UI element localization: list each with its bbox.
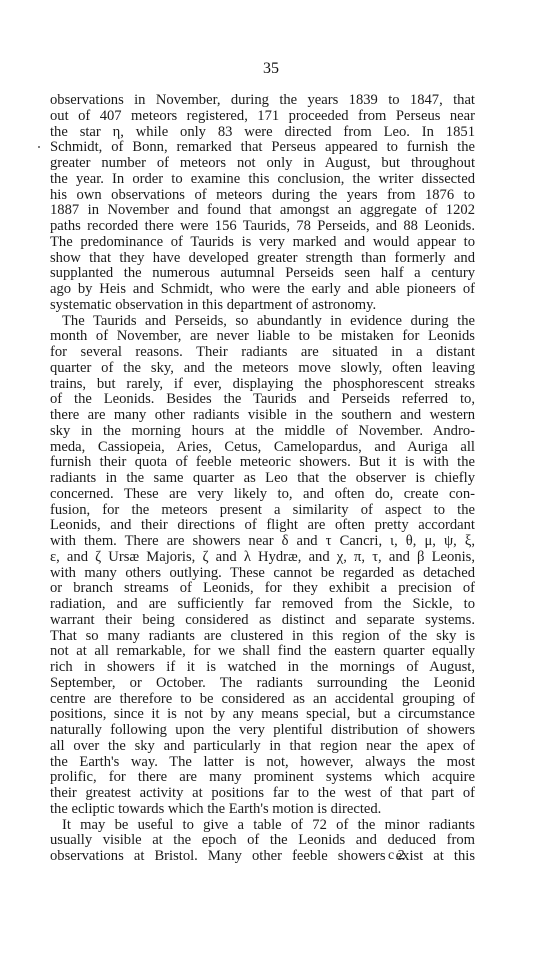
text-line: That so many radiants are clustered in t… — [50, 629, 475, 645]
text-line: their greatest activity at positions far… — [50, 786, 475, 802]
text-line: furnish their quota of feeble meteoric s… — [50, 455, 475, 471]
text-line: observations in November, during the yea… — [50, 93, 475, 109]
text-line: his own observations of meteors during t… — [50, 188, 475, 204]
page-number: 35 — [0, 60, 542, 78]
margin-mark — [38, 146, 40, 148]
text-line: positions, since it is not by any means … — [50, 707, 475, 723]
text-line: 1887 in November and found that amongst … — [50, 203, 475, 219]
paragraph: It may be useful to give a table of 72 o… — [50, 818, 475, 865]
text-line: ε, and ζ Ursæ Majoris, ζ and λ Hydræ, an… — [50, 550, 475, 566]
text-line: show that they have developed greater st… — [50, 251, 475, 267]
text-line: paths recorded there were 156 Taurids, 7… — [50, 219, 475, 235]
text-line: meda, Cassiopeia, Aries, Cetus, Camelopa… — [50, 440, 475, 456]
text-line: The Taurids and Perseids, so abundantly … — [50, 314, 475, 330]
text-line: prolific, for there are many prominent s… — [50, 770, 475, 786]
text-line: rich in showers if it is watched in the … — [50, 660, 475, 676]
text-line: with many others outlying. These cannot … — [50, 566, 475, 582]
text-line: the star η, while only 83 were directed … — [50, 125, 475, 141]
text-line: trains, but rarely, if ever, displaying … — [50, 377, 475, 393]
text-line: quarter of the sky, and the meteors move… — [50, 361, 475, 377]
text-line: there are many other radiants visible in… — [50, 408, 475, 424]
paragraph: observations in November, during the yea… — [50, 93, 475, 314]
text-line: of the Leonids. Besides the Taurids and … — [50, 392, 475, 408]
signature-mark: c 2 — [388, 848, 405, 864]
text-line: supplanted the numerous autumnal Perseid… — [50, 266, 475, 282]
text-line: usually visible at the epoch of the Leon… — [50, 833, 475, 849]
text-line: concerned. These are very likely to, and… — [50, 487, 475, 503]
text-line: month of November, are never liable to b… — [50, 329, 475, 345]
text-line: warrant their being considered as distin… — [50, 613, 475, 629]
text-line: sky in the morning hours at the middle o… — [50, 424, 475, 440]
text-line: Leonids, and their directions of flight … — [50, 518, 475, 534]
text-line: for several reasons. Their radiants are … — [50, 345, 475, 361]
text-line: September, or October. The radiants surr… — [50, 676, 475, 692]
text-line: fusion, for the meteors present a simila… — [50, 503, 475, 519]
text-line: radiants in the same quarter as Leo that… — [50, 471, 475, 487]
text-line: the ecliptic towards which the Earth's m… — [50, 802, 475, 818]
text-line: ago by Heis and Schmidt, who were the ea… — [50, 282, 475, 298]
text-line: greater number of meteors not only in Au… — [50, 156, 475, 172]
text-line: observations at Bristol. Many other feeb… — [50, 849, 475, 865]
text-line: out of 407 meteors registered, 171 proce… — [50, 109, 475, 125]
text-line: with them. There are showers near δ and … — [50, 534, 475, 550]
text-line: all over the sky and particularly in tha… — [50, 739, 475, 755]
document-page: 35 observations in November, during the … — [0, 0, 542, 964]
text-line: systematic observation in this departmen… — [50, 298, 475, 314]
text-line: It may be useful to give a table of 72 o… — [50, 818, 475, 834]
paragraph: The Taurids and Perseids, so abundantly … — [50, 314, 475, 818]
text-line: centre are therefore to be considered as… — [50, 692, 475, 708]
body-text: observations in November, during the yea… — [50, 93, 475, 865]
text-line: radiation, and are sufficiently far remo… — [50, 597, 475, 613]
text-line: The predominance of Taurids is very mark… — [50, 235, 475, 251]
text-line: the year. In order to examine this concl… — [50, 172, 475, 188]
text-line: or branch streams of Leonids, for they e… — [50, 581, 475, 597]
text-line: not at all remarkable, for we shall find… — [50, 644, 475, 660]
text-line: Schmidt, of Bonn, remarked that Perseus … — [50, 140, 475, 156]
text-line: naturally following upon the very plenti… — [50, 723, 475, 739]
text-line: the Earth's way. The latter is not, howe… — [50, 755, 475, 771]
